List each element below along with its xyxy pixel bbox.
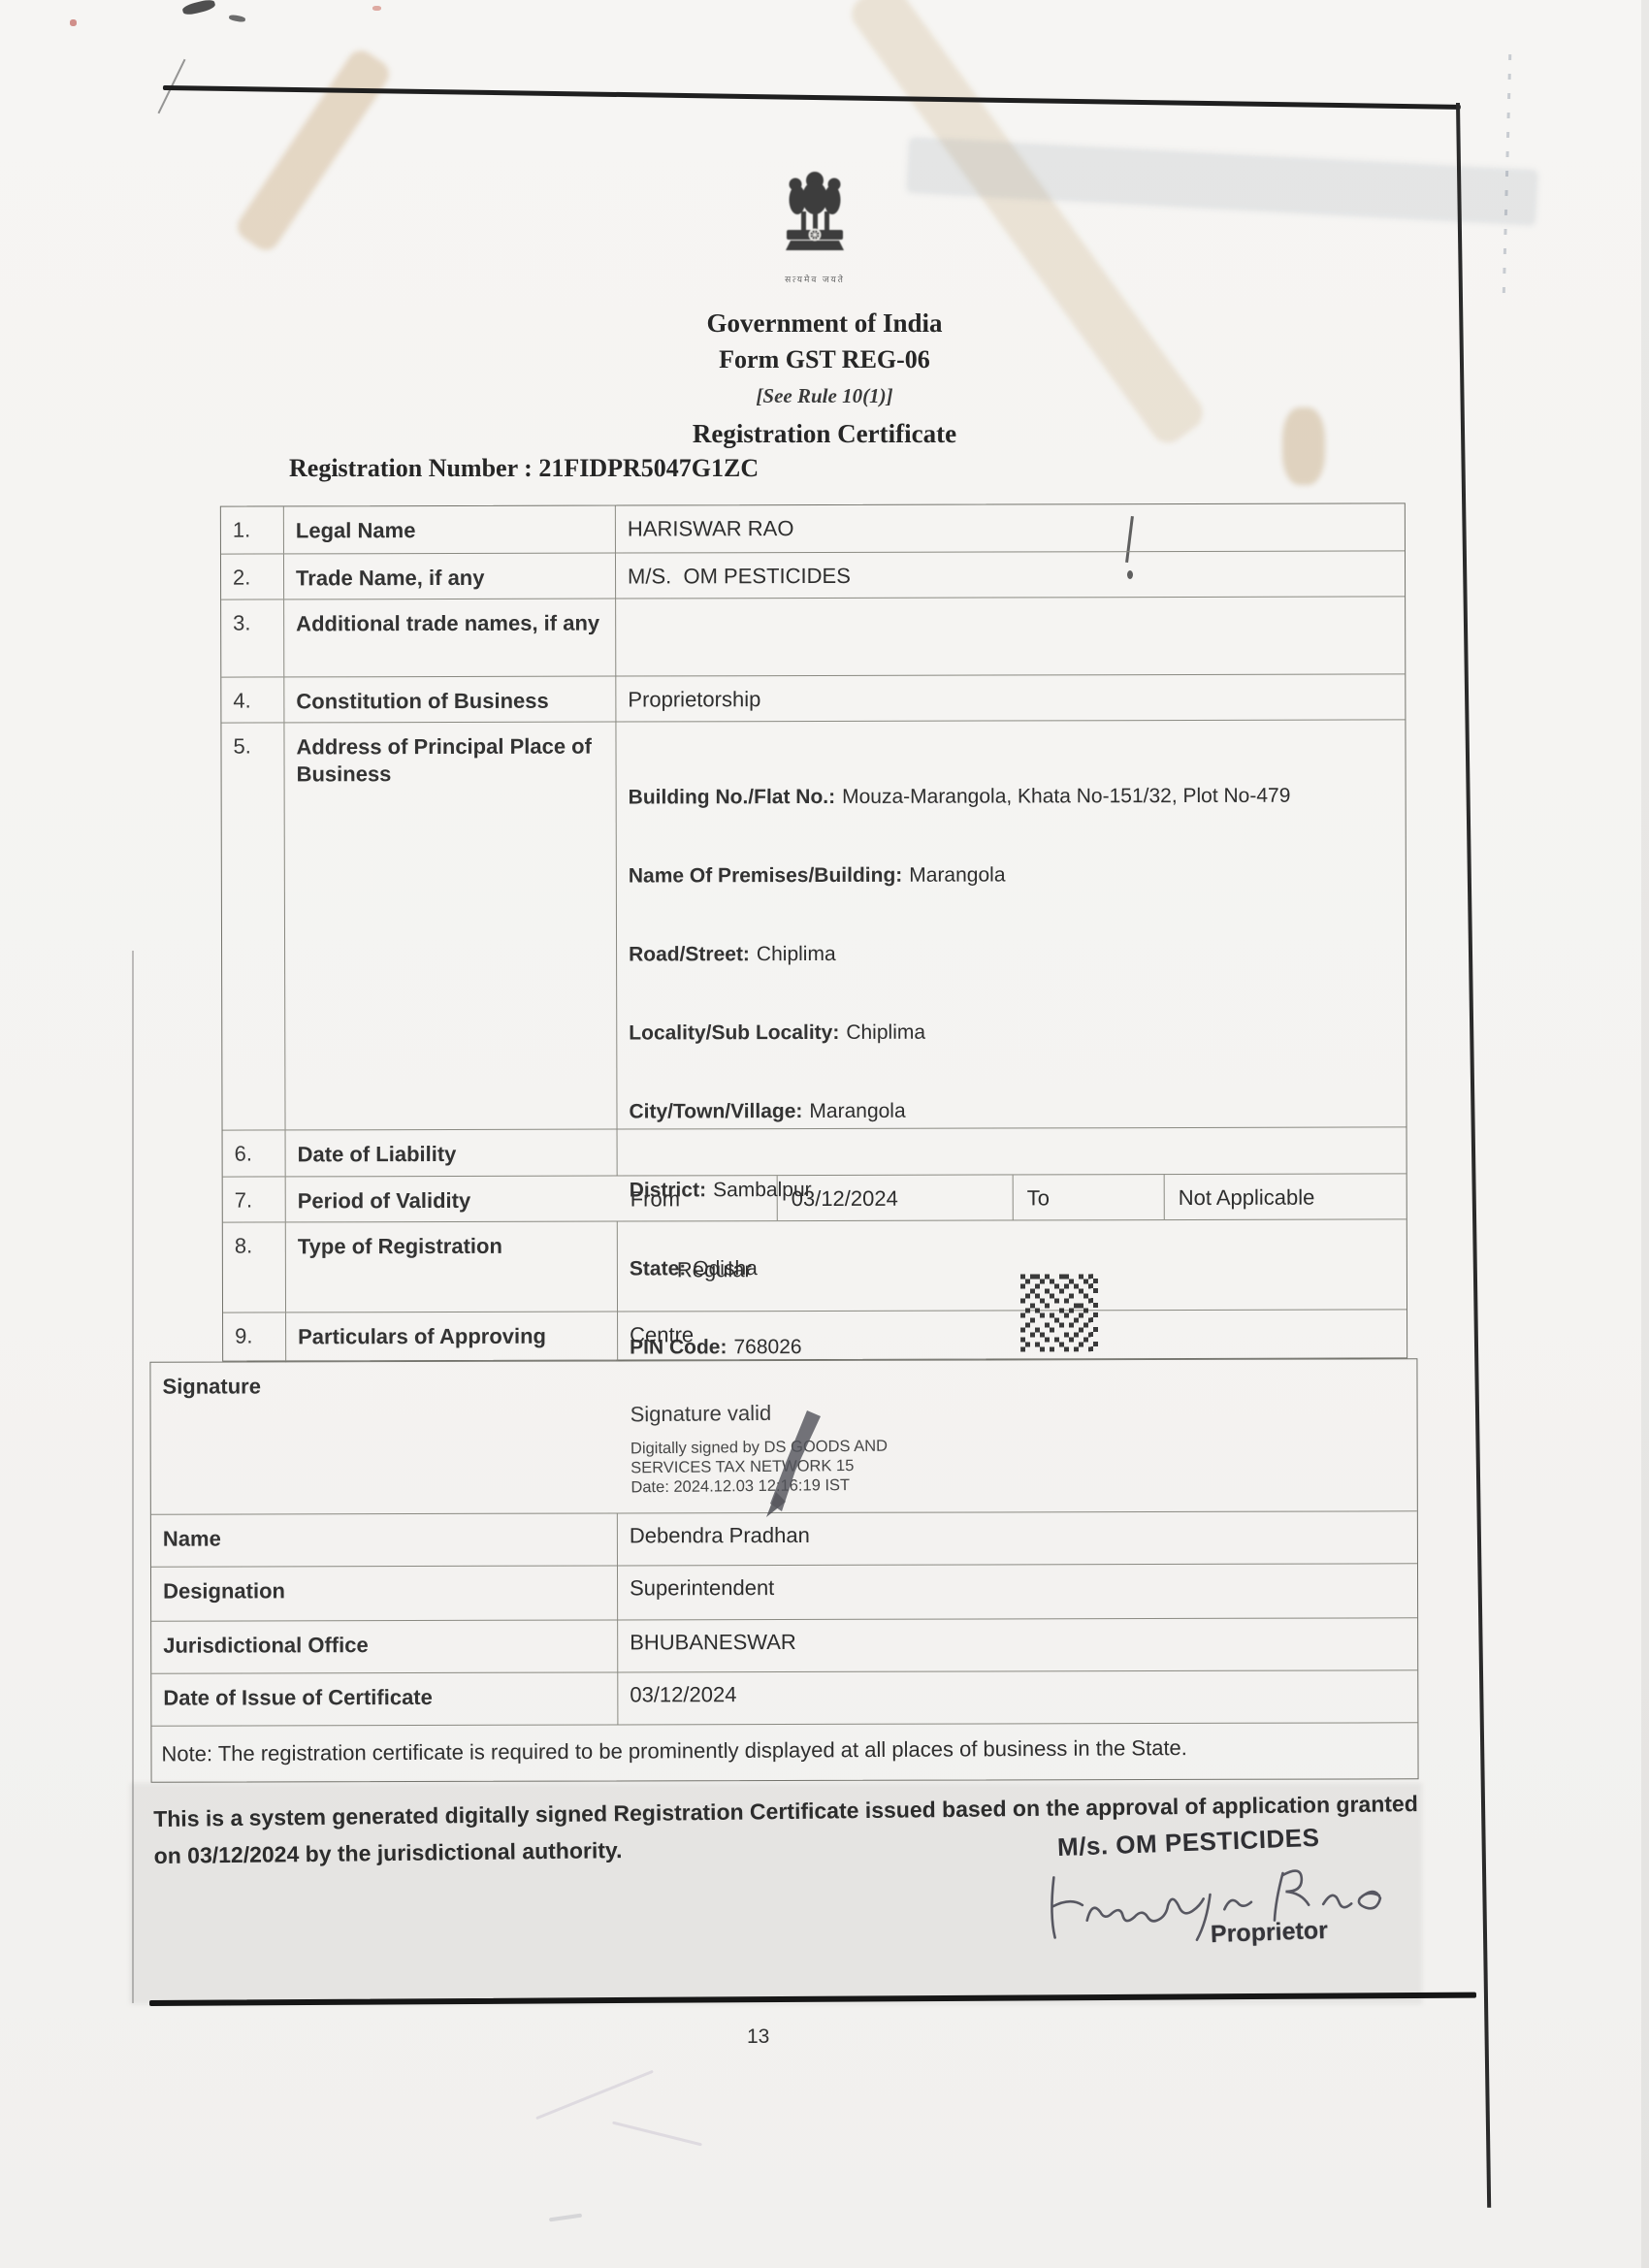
faint-scribble: [535, 2070, 654, 2120]
tape-stain: [233, 46, 395, 255]
table-row-type-of-registration: 8. Type of Registration Regular: [223, 1218, 1406, 1312]
page-number: 13: [747, 2025, 769, 2049]
signature-valid-check-icon: [764, 1403, 826, 1521]
note-row: Note: The registration certificate is re…: [151, 1722, 1417, 1783]
qr-code: [1020, 1223, 1098, 1301]
address-block: Building No./Flat No.:Mouza-Marangola, K…: [615, 720, 1406, 1128]
ink-speck: [181, 0, 216, 16]
tape-stain: [845, 0, 1210, 450]
ink-speck: [229, 15, 246, 23]
jurisdictional-office-row: Jurisdictional Office BHUBANESWAR: [151, 1617, 1417, 1672]
registration-number-value: 21FIDPR5047G1ZC: [538, 454, 759, 482]
table-row-date-of-liability: 6. Date of Liability: [223, 1126, 1406, 1176]
note-text: Note: The registration certificate is re…: [151, 1722, 1195, 1786]
page-border-left: [132, 951, 134, 2003]
red-speck: [70, 19, 77, 26]
faint-scribble: [612, 2122, 702, 2147]
digital-signature-block: Signature valid Digitally signed by DS G…: [630, 1400, 888, 1498]
faint-scribble: [549, 2214, 582, 2222]
registration-number: Registration Number : 21FIDPR5047G1ZC: [289, 454, 759, 483]
certificate-title: Registration Certificate: [0, 419, 1649, 449]
table-row-constitution: 4. Constitution of Business Proprietorsh…: [221, 673, 1405, 722]
date-of-issue-row: Date of Issue of Certificate 03/12/2024: [151, 1669, 1417, 1725]
rule-reference: [See Rule 10(1)]: [0, 384, 1649, 408]
table-row-address: 5. Address of Principal Place of Busines…: [221, 719, 1406, 1129]
officer-designation-row: Designation Superintendent: [151, 1563, 1417, 1620]
registration-number-label: Registration Number :: [289, 454, 533, 482]
table-row-particulars-of-approving: 9. Particulars of Approving Centre: [223, 1309, 1406, 1362]
scanned-certificate-page: सत्यमेव जयते Government of India Form GS…: [0, 0, 1649, 2268]
page-title: Government of India: [0, 308, 1649, 339]
ashoka-emblem-icon: [781, 167, 849, 268]
scan-edge-shadow: [1641, 0, 1649, 2268]
table-row-trade-name: 2. Trade Name, if any M/S. OM PESTICIDES: [221, 550, 1405, 599]
red-speck: [372, 6, 381, 11]
table-row-legal-name: 1. Legal Name HARISWAR RAO: [221, 503, 1405, 553]
proprietor-stamp: Proprietor: [1211, 1917, 1329, 1949]
certificate-details-table: 1. Legal Name HARISWAR RAO 2. Trade Name…: [220, 502, 1407, 1361]
table-row-additional-trade-names: 3. Additional trade names, if any: [221, 596, 1405, 676]
signature-valid-text: Signature valid: [630, 1400, 887, 1428]
emblem-motto: सत्यमेव जयते: [737, 273, 892, 285]
form-name: Form GST REG-06: [0, 345, 1649, 374]
